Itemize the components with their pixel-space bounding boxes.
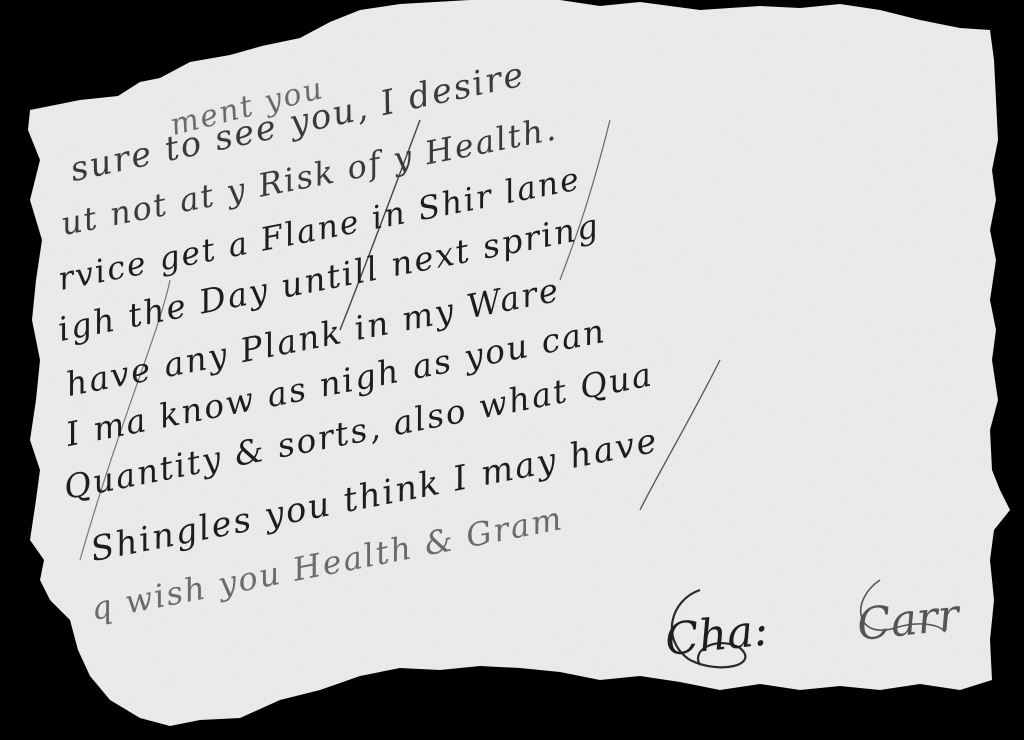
signature-last-name: Carr: [855, 590, 962, 651]
signature-first-name: Cha:: [663, 605, 771, 666]
